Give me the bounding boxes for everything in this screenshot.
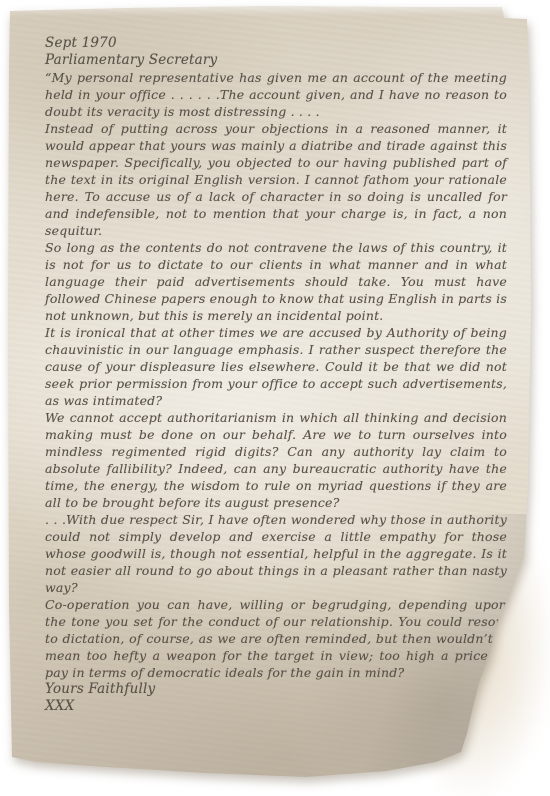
letter-salutation: Parliamentary Secretary <box>45 52 507 69</box>
letter-paragraph: We cannot accept authoritarianism in whi… <box>45 409 507 511</box>
letter-body: “My personal representative has given me… <box>45 69 507 681</box>
letter-paragraph: Instead of putting across your objection… <box>45 120 507 239</box>
letter-signature: XXX <box>45 698 507 715</box>
letter-paragraph: So long as the contents do not contraven… <box>45 239 507 324</box>
letter-paragraph: . . .With due respect Sir, I have often … <box>45 511 507 596</box>
letter-closing: Yours Faithfully <box>45 681 507 698</box>
letter-date: Sept 1970 <box>45 35 507 52</box>
scan-background: Sept 1970 Parliamentary Secretary “My pe… <box>0 0 550 796</box>
letter-content: Sept 1970 Parliamentary Secretary “My pe… <box>45 5 507 715</box>
letter-paragraph: Co-operation you can have, willing or be… <box>45 596 507 681</box>
letter-paragraph: “My personal representative has given me… <box>45 69 507 120</box>
letter-page: Sept 1970 Parliamentary Secretary “My pe… <box>8 5 531 784</box>
letter-paragraph: It is ironical that at other times we ar… <box>45 324 507 409</box>
letter-page-wrap: Sept 1970 Parliamentary Secretary “My pe… <box>8 5 531 784</box>
